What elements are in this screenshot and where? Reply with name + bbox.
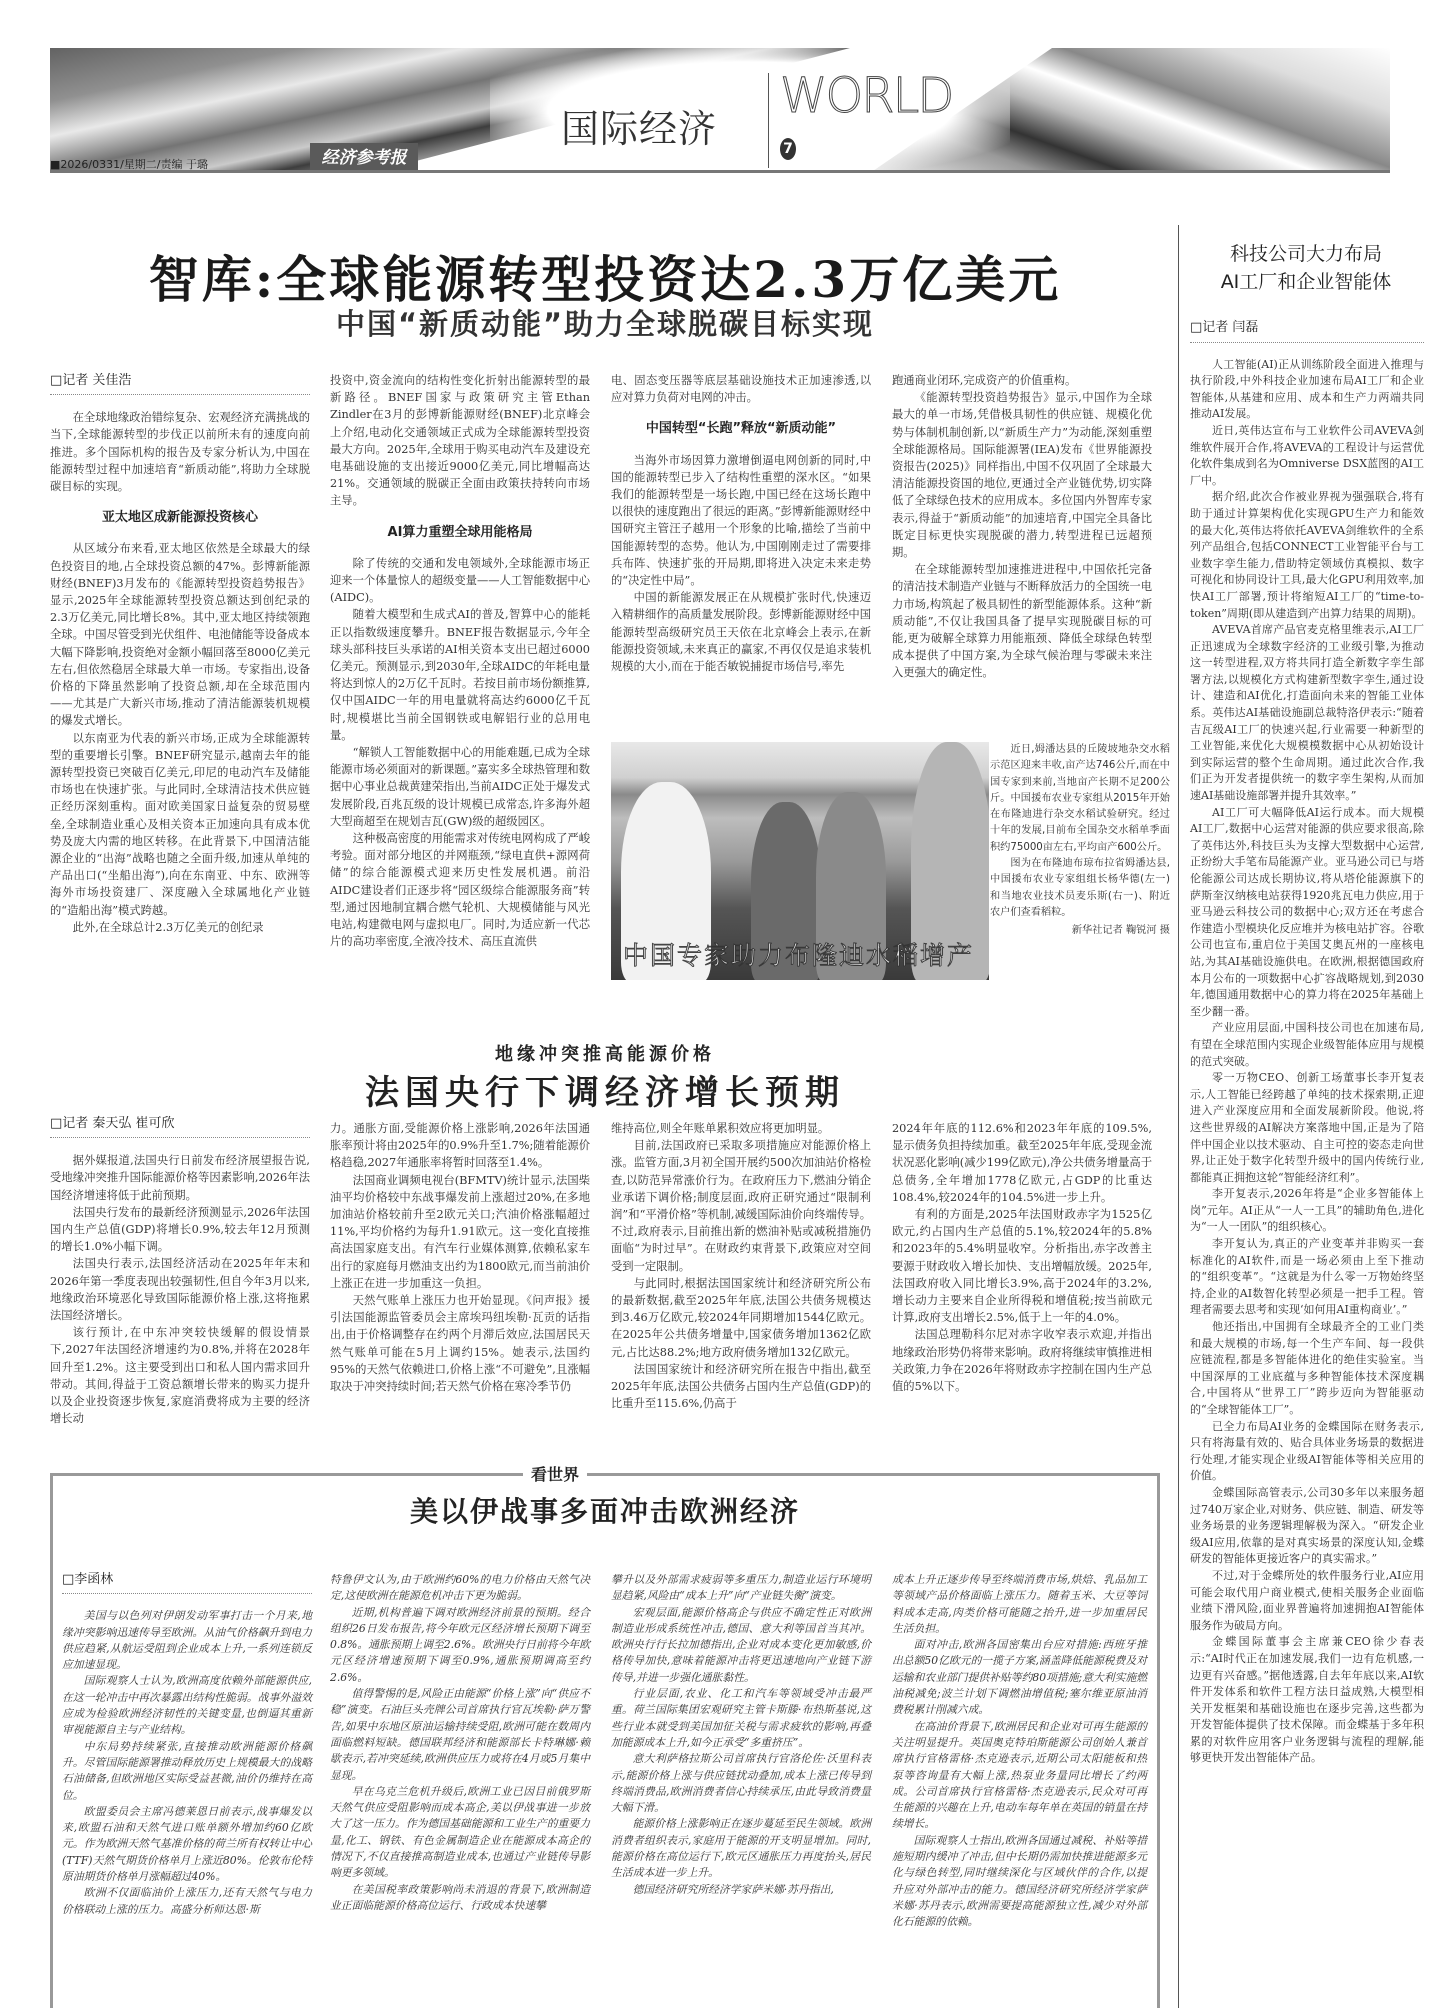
paragraph: 产业应用层面,中国科技公司也在加速布局,有望在全球范围内实现企业级智能体应用与规…: [1190, 1020, 1424, 1070]
paragraph: 中国的新能源发展正在从规模扩张时代,快速迈入精耕细作的高质量发展阶段。彭博新能源…: [611, 589, 871, 675]
box-column-2: 特鲁伊文认为,由于欧洲约60%的电力价格由天然气决定,这使欧洲在能源危机冲击下更…: [330, 1572, 590, 1914]
paragraph: 当海外市场因算力激增倒逼电网创新的同时,中国的能源转型已步入了结构性重塑的深水区…: [611, 452, 871, 590]
paragraph: 特鲁伊文认为,由于欧洲约60%的电力价格由天然气决定,这使欧洲在能源危机冲击下更…: [330, 1572, 590, 1605]
newspaper-logo: 经济参考报: [310, 143, 418, 173]
photo-overlay-title: 中国专家助力布隆迪水稻增产: [623, 936, 974, 972]
paragraph: 近期,机构普遍下调对欧洲经济前景的预期。经合组织26日发布报告,将今年欧元区经济…: [330, 1605, 590, 1686]
lead-byline: □记者 关佳浩: [50, 372, 310, 395]
caption-paragraph: 图为在布隆迪布琼布拉省姆潘达县,中国援布农业专家组组长杨华德(左一)和当地农业技…: [990, 856, 1170, 921]
paragraph: 电、固态变压器等底层基础设施技术正加速渗透,以应对算力负荷对电网的冲击。: [611, 372, 871, 406]
france-column-4: 2024年年底的112.6%和2023年年底的109.5%,显示债务负担持续加重…: [892, 1120, 1152, 1395]
paragraph: 这种极高密度的用能需求对传统电网构成了严峻考验。面对部分地区的并网瓶颈,“绿电直…: [330, 830, 590, 950]
sidebar-byline: □记者 闫磊: [1190, 320, 1424, 343]
paragraph: 不过,对于金蝶所处的软件服务行业,AI应用可能会取代用户商业模式,使相关服务企业…: [1190, 1568, 1424, 1634]
box-column-4: 成本上升正逐步传导至终端消费市场,烘焙、乳品加工等领域产品价格面临上涨压力。随着…: [892, 1572, 1147, 1931]
lead-column-1: □记者 关佳浩 在全球地缘政治错综复杂、宏观经济充满挑战的当下,全球能源转型的步…: [50, 372, 310, 936]
paragraph: 以东南亚为代表的新兴市场,正成为全球能源转型的重要增长引擎。BNEF研究显示,越…: [50, 730, 310, 919]
paragraph: 法国国家统计和经济研究所在报告中指出,截至2025年年底,法国公共债务占国内生产…: [611, 1361, 871, 1413]
france-column-3: 维持高位,则全年账单累积效应将更加明显。 目前,法国政府已采取多项措施应对能源价…: [611, 1120, 871, 1412]
paragraph: 据介绍,此次合作被业界视为强强联合,将有助于通过计算架构优化实现GPU生产力和能…: [1190, 489, 1424, 622]
paragraph: 法国央行发布的最新经济预测显示,2026年法国国内生产总值(GDP)将增长0.9…: [50, 1204, 310, 1256]
box-byline: □李函林: [62, 1572, 312, 1594]
paragraph: 此外,在全球总计2.3万亿美元的创纪录: [50, 919, 310, 936]
paragraph: 目前,法国政府已采取多项措施应对能源价格上涨。监管方面,3月初全国开展约500次…: [611, 1137, 871, 1275]
box-column-3: 攀升以及外部需求疲弱等多重压力,制造业运行环境明显趋紧,风险由“成本上升”向“产…: [611, 1572, 871, 1898]
caption-paragraph: 近日,姆潘达县的丘陵坡地杂交水稻示范区迎来丰收,亩产达746公斤,而在中国专家到…: [990, 742, 1170, 856]
paragraph: 成本上升正逐步传导至终端消费市场,烘焙、乳品加工等领域产品价格面临上涨压力。随着…: [892, 1572, 1147, 1637]
paragraph: 攀升以及外部需求疲弱等多重压力,制造业运行环境明显趋紧,风险由“成本上升”向“产…: [611, 1572, 871, 1605]
paragraph: 跑通商业闭环,完成资产的价值重构。: [892, 372, 1152, 389]
sidebar-article: □记者 闫磊 人工智能(AI)正从训练阶段全面进入推理与执行阶段,中外科技企业加…: [1190, 320, 1424, 1767]
section-subhead: 亚太地区成新能源投资核心: [50, 509, 310, 526]
paragraph: 欧盟委员会主席冯德莱恩日前表示,战事爆发以来,欧盟石油和天然气进口账单额外增加约…: [62, 1804, 312, 1885]
paragraph: 有利的方面是,2025年法国财政赤字为1525亿欧元,约占国内生产总值的5.1%…: [892, 1206, 1152, 1326]
paragraph: 法国总理勒科尔尼对赤字收窄表示欢迎,并指出地缘政治形势仍将带来影响。政府将继续审…: [892, 1326, 1152, 1395]
france-byline: □记者 秦天弘 崔可欣: [50, 1115, 310, 1138]
paragraph: 面对冲击,欧洲各国密集出台应对措施:西班牙推出总额50亿欧元的一揽子方案,涵盖降…: [892, 1637, 1147, 1718]
box-column-1: □李函林 美国与以色列对伊朗发动军事打击一个月来,地缘冲突影响迅速传导至欧洲。从…: [62, 1572, 312, 1918]
date-editor-line: ■2026/0331/星期二/责编 于璐: [50, 156, 208, 172]
paragraph: 与此同时,根据法国国家统计和经济研究所公布的最新数据,截至2025年年底,法国公…: [611, 1275, 871, 1361]
box-headline: 美以伊战事多面冲击欧洲经济: [50, 1490, 1160, 1530]
paragraph: 在美国税率政策影响尚未消退的背景下,欧洲制造业正面临能源价格高位运行、行政成本快…: [330, 1882, 590, 1915]
lead-subheadline: 中国“新质动能”助力全球脱碳目标实现: [50, 302, 1160, 343]
paragraph: 意大利萨格拉斯公司首席执行官洛伦佐·沃里科表示,能源价格上涨与供应链扰动叠加,成…: [611, 1751, 871, 1816]
paragraph: 天然气账单上涨压力也开始显现。《问声报》援引法国能源监管委员会主席埃玛纽埃勒·瓦…: [330, 1292, 590, 1395]
paragraph: 他还指出,中国拥有全球最齐全的工业门类和最大规模的市场,每一个生产车间、每一段供…: [1190, 1319, 1424, 1419]
paragraph: 德国经济研究所经济学家萨米娜·苏丹指出,: [611, 1882, 871, 1898]
paragraph: 随着大模型和生成式AI的普及,智算中心的能耗正以指数级速度攀升。BNEF报告数据…: [330, 606, 590, 744]
france-column-2: 力。通胀方面,受能源价格上涨影响,2026年法国通胀率预计将由2025年的0.9…: [330, 1120, 590, 1395]
paragraph: 美国与以色列对伊朗发动军事打击一个月来,地缘冲突影响迅速传导至欧洲。从油气价格飙…: [62, 1608, 312, 1673]
paragraph: 该行预计,在中东冲突较快缓解的假设情景下,2027年法国经济增速约为0.8%,并…: [50, 1324, 310, 1427]
paragraph: 李开复认为,真正的产业变革并非购买一套标准化的AI软件,而是一场必须由上至下推动…: [1190, 1236, 1424, 1319]
paragraph: 国际观察人士认为,欧洲高度依赖外部能源供应,在这一轮冲击中再次暴露出结构性脆弱。…: [62, 1673, 312, 1738]
paragraph: 李开复表示,2026年将是“企业多智能体上岗”元年。AI正从“一人一工具”的辅助…: [1190, 1186, 1424, 1236]
section-subhead: 中国转型“长跑”释放“新质动能”: [611, 420, 871, 437]
paragraph: 在高油价背景下,欧洲居民和企业对可再生能源的关注明显提升。英国奥克特珀斯能源公司…: [892, 1719, 1147, 1833]
sidebar-headline-line2: AI工厂和企业智能体: [1188, 268, 1424, 296]
page-number-badge: 7: [780, 138, 796, 160]
lead-column-2: 投资中,资金流向的结构性变化折射出能源转型的最新路径。BNEF国家与政策研究主管…: [330, 372, 590, 951]
paragraph: 2024年年底的112.6%和2023年年底的109.5%,显示债务负担持续加重…: [892, 1120, 1152, 1206]
column-divider: [1178, 225, 1179, 2008]
paragraph: 《能源转型投资趋势报告》显示,中国作为全球最大的单一市场,凭借极具韧性的供应链、…: [892, 389, 1152, 561]
france-kicker: 地缘冲突推高能源价格: [50, 1040, 1160, 1066]
paragraph: 已全力布局AI业务的金蝶国际在财务表示,只有将海量有效的、贴合具体业务场景的数据…: [1190, 1419, 1424, 1485]
france-column-1: □记者 秦天弘 崔可欣 据外媒报道,法国央行日前发布经济展望报告说,受地缘冲突推…: [50, 1115, 310, 1427]
paragraph: 除了传统的交通和发电领域外,全球能源市场正迎来一个体量惊人的超级变量——人工智能…: [330, 555, 590, 607]
paragraph: 在全球地缘政治错综复杂、宏观经济充满挑战的当下,全球能源转型的步伐正以前所未有的…: [50, 409, 310, 495]
section-title: 国际经济: [561, 98, 717, 153]
paragraph: AI工厂可大幅降低AI运行成本。而大规模AI工厂,数据中心运营对能源的供应要求很…: [1190, 805, 1424, 1021]
paragraph: 中东局势持续紧张,直接推动欧洲能源价格飙升。尽管国际能源署推动释放历史上规模最大…: [62, 1739, 312, 1804]
paragraph: 能源价格上涨影响正在逐步蔓延至民生领域。欧洲消费者组织表示,家庭用于能源的开支明…: [611, 1816, 871, 1881]
paragraph: AVEVA首席产品官麦克格里维表示,AI工厂正迅速成为全球数字经济的工业级引擎,…: [1190, 622, 1424, 805]
paragraph: 零一万物CEO、创新工场董事长李开复表示,人工智能已经跨越了单纯的技术探索期,正…: [1190, 1070, 1424, 1186]
masthead-banner: 国际经济 WORLD 7 ■2026/0331/星期二/责编 于璐 经济参考报: [50, 48, 1390, 173]
paragraph: 维持高位,则全年账单累积效应将更加明显。: [611, 1120, 871, 1137]
paragraph: 力。通胀方面,受能源价格上涨影响,2026年法国通胀率预计将由2025年的0.9…: [330, 1120, 590, 1172]
paragraph: 金蝶国际董事会主席兼CEO徐少春表示:“AI时代正在加速发展,我们一边有危机感,…: [1190, 1634, 1424, 1767]
paragraph: “解锁人工智能数据中心的用能难题,已成为全球能源市场必须面对的新课题。”嘉实多全…: [330, 744, 590, 830]
paragraph: 宏观层面,能源价格高企与供应不确定性正对欧洲制造业形成系统性冲击,德国、意大利等…: [611, 1605, 871, 1686]
paragraph: 行业层面,农业、化工和汽车等领域受冲击最严重。荷兰国际集团宏观研究主管卡斯滕·布…: [611, 1686, 871, 1751]
paragraph: 法国央行表示,法国经济活动在2025年年末和2026年第一季度表现出较强韧性,但…: [50, 1255, 310, 1324]
paragraph: 值得警惕的是,风险正由能源“价格上涨”向“供应不稳”演变。石油巨头壳牌公司首席执…: [330, 1686, 590, 1784]
paragraph: 在全球能源转型加速推进进程中,中国依托完备的清洁技术制造产业链与不断释放活力的全…: [892, 561, 1152, 681]
news-photo: 中国专家助力布隆迪水稻增产: [611, 742, 989, 980]
paragraph: 从区域分布来看,亚太地区依然是全球最大的绿色投资目的地,占全球投资总额的47%。…: [50, 540, 310, 729]
paragraph: 法国商业调频电视台(BFMTV)统计显示,法国柴油平均价格较中东战事爆发前上涨超…: [330, 1172, 590, 1292]
box-section-label: 看世界: [523, 1462, 587, 1485]
paragraph: 投资中,资金流向的结构性变化折射出能源转型的最新路径。BNEF国家与政策研究主管…: [330, 372, 590, 510]
lead-column-3: 电、固态变压器等底层基础设施技术正加速渗透,以应对算力负荷对电网的冲击。 中国转…: [611, 372, 871, 675]
paragraph: 据外媒报道,法国央行日前发布经济展望报告说,受地缘冲突推升国际能源价格等因素影响…: [50, 1152, 310, 1204]
paragraph: 金蝶国际高管表示,公司30多年以来服务超过740万家企业,对财务、供应链、制造、…: [1190, 1485, 1424, 1568]
sidebar-headline-line1: 科技公司大力布局: [1188, 240, 1424, 268]
paragraph: 国际观察人士指出,欧洲各国通过减税、补贴等措施短期内缓冲了冲击,但中长期仍需加快…: [892, 1833, 1147, 1931]
lead-column-4: 跑通商业闭环,完成资产的价值重构。 《能源转型投资趋势报告》显示,中国作为全球最…: [892, 372, 1152, 682]
paragraph: 早在乌克兰危机升级后,欧洲工业已因目前俄罗斯天然气供应受阻影响而成本高企,美以伊…: [330, 1784, 590, 1882]
photo-caption: 近日,姆潘达县的丘陵坡地杂交水稻示范区迎来丰收,亩产达746公斤,而在中国专家到…: [990, 742, 1170, 940]
section-subhead: AI算力重塑全球用能格局: [330, 524, 590, 541]
paragraph: 近日,英伟达宣布与工业软件公司AVEVA剑维软件展开合作,将AVEVA的工程设计…: [1190, 423, 1424, 489]
paragraph: 人工智能(AI)正从训练阶段全面进入推理与执行阶段,中外科技企业加速布局AI工厂…: [1190, 357, 1424, 423]
photo-credit: 新华社记者 鞠锐河 摄: [990, 923, 1170, 939]
paragraph: 欧洲不仅面临油价上涨压力,还有天然气与电力价格联动上涨的压力。高盛分析师达恩·斯: [62, 1885, 312, 1918]
masthead-divider: [768, 73, 769, 168]
france-headline: 法国央行下调经济增长预期: [50, 1065, 1160, 1114]
section-title-english: WORLD: [780, 68, 952, 124]
sidebar-headline: 科技公司大力布局 AI工厂和企业智能体: [1188, 240, 1424, 296]
